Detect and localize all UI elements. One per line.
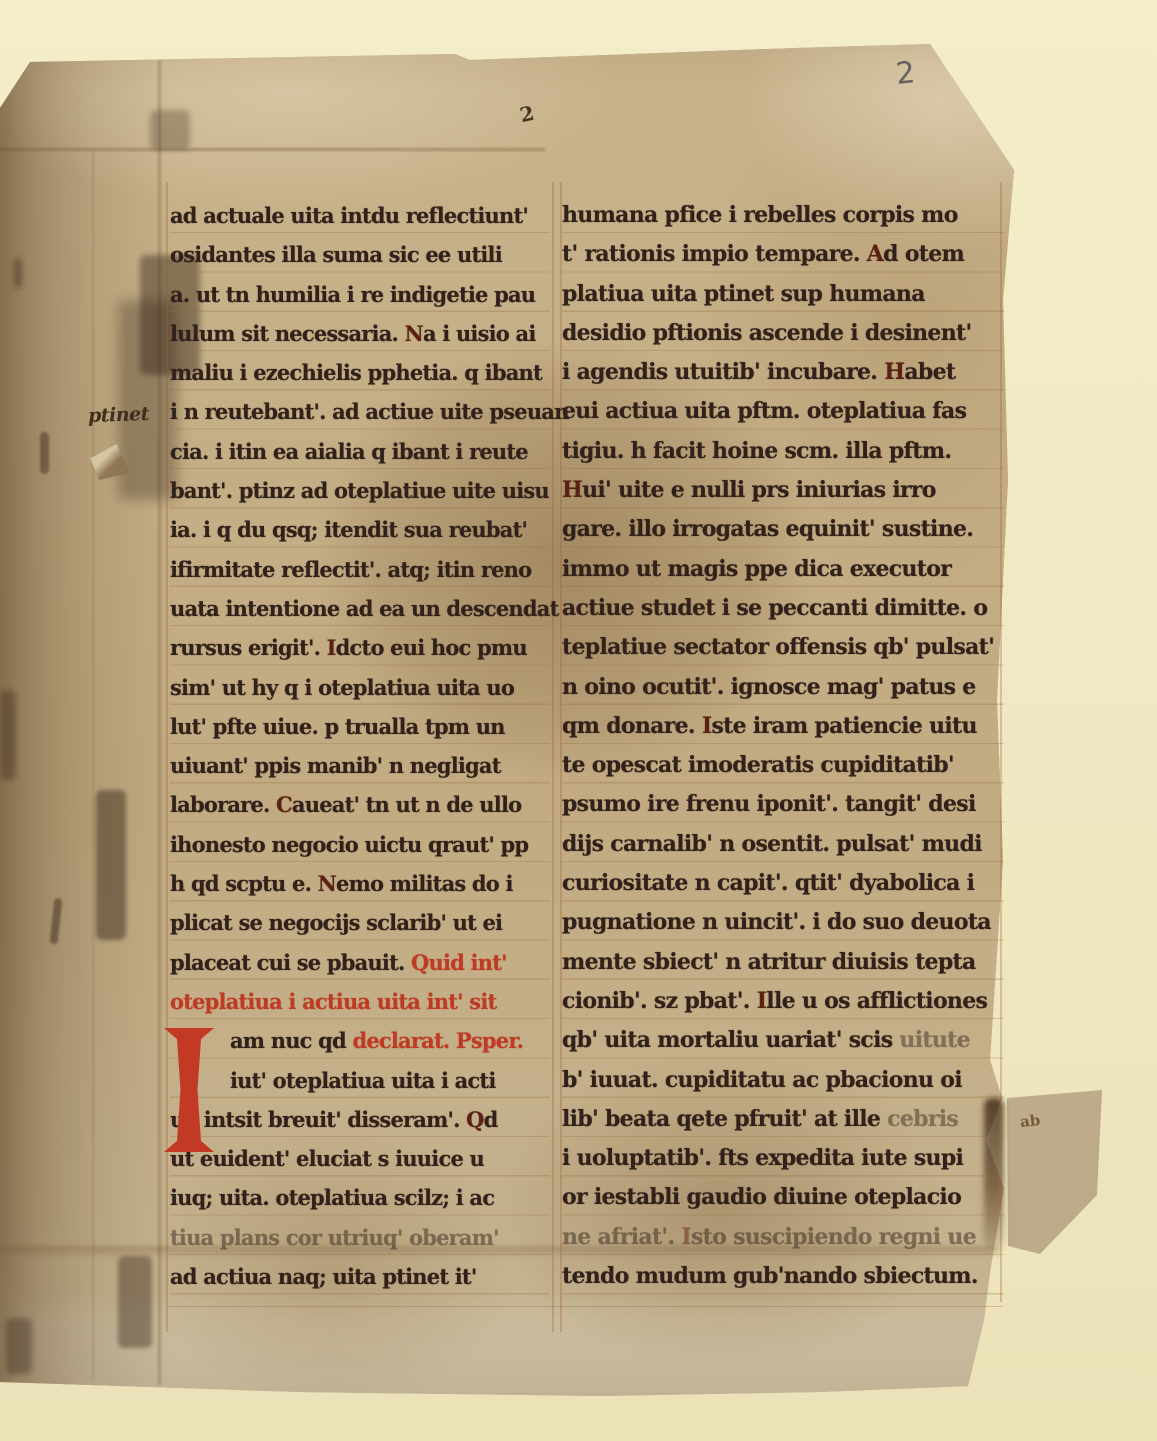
- ink-text: i n reutebant'. ad actiue uite pseuan: [170, 399, 569, 424]
- text-line: ihonesto negocio uictu qraut' pp: [170, 825, 550, 864]
- text-line: ad actuale uita intdu reflectiunt': [170, 196, 550, 235]
- margin-note-ab: ab: [1019, 1111, 1041, 1131]
- text-line: osidantes illa suma sic ee utili: [170, 235, 550, 274]
- ink-text: b' iuuat. cupiditatu ac pbacionu oi: [562, 1067, 962, 1093]
- ink-text: lle u os afflictiones: [766, 988, 987, 1014]
- text-line: ifirmitate reflectit'. atq; itin reno: [170, 550, 550, 589]
- ink-text: I: [757, 988, 767, 1014]
- text-line: qb' uita mortaliu uariat' scis uitute: [562, 1021, 1004, 1060]
- text-line: or iestabli gaudio diuine oteplacio: [562, 1178, 1004, 1217]
- ink-text: uitute: [899, 1027, 969, 1053]
- ink-stain: [150, 110, 190, 150]
- text-line: ia. i q du qsq; itendit sua reubat': [170, 510, 550, 549]
- ink-text: iut' oteplatiua uita i acti: [230, 1068, 496, 1093]
- ink-text: H: [562, 477, 582, 503]
- ink-stain: [6, 1318, 32, 1374]
- ink-text: lut' pfte uiue. p trualla tpm un: [170, 714, 505, 739]
- text-line: pugnatione n uincit'. i do suo deuota: [562, 903, 1004, 942]
- ink-text: ste iram patiencie uitu: [711, 713, 976, 739]
- ink-text: tigiu. h facit hoine scm. illa pftm.: [562, 438, 951, 464]
- text-line: cionib'. sz pbat'. Ille u os afflictione…: [562, 982, 1004, 1021]
- rubric-text: declarat. Psper.: [352, 1028, 523, 1053]
- ink-text: am nuc qd: [230, 1028, 352, 1053]
- ink-text: cebris: [887, 1106, 958, 1132]
- ink-text: qb' uita mortaliu uariat' scis: [562, 1027, 899, 1053]
- ink-text: Q: [466, 1107, 484, 1132]
- text-line: psumo ire frenu iponit'. tangit' desi: [562, 785, 1004, 824]
- ink-text: cionib'. sz pbat'.: [562, 988, 757, 1014]
- ink-text: iuq; uita. oteplatiua scilz; i ac: [170, 1185, 494, 1210]
- text-line: sim' ut hy q i oteplatiua uita uo: [170, 668, 550, 707]
- ink-text: I: [681, 1224, 691, 1250]
- ink-text: d: [484, 1107, 498, 1132]
- ink-text: bant'. ptinz ad oteplatiue uite uisu: [170, 478, 549, 503]
- text-line: ne afriat'. Isto suscipiendo regni ue: [562, 1218, 1004, 1257]
- ruling-line: [552, 182, 554, 1332]
- ink-text: pugnatione n uincit'. i do suo deuota: [562, 909, 991, 935]
- ink-text: emo militas do i: [336, 871, 513, 896]
- ink-text: dijs carnalib' n osentit. pulsat' mudi: [562, 831, 982, 857]
- text-line: uiuant' ppis manib' n negligat: [170, 746, 550, 785]
- text-line: desidio pftionis ascende i desinent': [562, 314, 1004, 353]
- ruling-line: [166, 182, 168, 1332]
- text-line: i agendis utuitib' incubare. Habet: [562, 353, 1004, 392]
- ink-text: osidantes illa suma sic ee utili: [170, 242, 502, 267]
- rubric-text: oteplatiua i actiua uita int' sit: [170, 989, 496, 1014]
- text-line: iuq; uita. oteplatiua scilz; i ac: [170, 1178, 550, 1217]
- ink-text: eui actiua uita pftm. oteplatiua fas: [562, 398, 966, 424]
- ink-text: aueat' tn ut n de ullo: [292, 792, 521, 817]
- ink-text: ua intsit breuit' disseram'.: [170, 1107, 466, 1132]
- ink-text: C: [276, 792, 292, 817]
- ink-text: rursus erigit'.: [170, 635, 327, 660]
- text-line: actiue studet i se peccanti dimitte. o: [562, 589, 1004, 628]
- text-line: h qd scptu e. Nemo militas do i: [170, 864, 550, 903]
- text-line: teplatiue sectator offensis qb' pulsat': [562, 628, 1004, 667]
- ink-text: mente sbiect' n atritur diuisis tepta: [562, 949, 976, 975]
- ink-text: humana pfice i rebelles corpis mo: [562, 202, 958, 228]
- ink-text: ad actuale uita intdu reflectiunt': [170, 203, 528, 228]
- text-line: iut' oteplatiua uita i acti: [170, 1061, 550, 1100]
- text-line: cia. i itin ea aialia q ibant i reute: [170, 432, 550, 471]
- ink-text: platiua uita ptinet sup humana: [562, 281, 925, 307]
- text-line: oteplatiua i actiua uita int' sit: [170, 982, 550, 1021]
- text-line: mente sbiect' n atritur diuisis tepta: [562, 943, 1004, 982]
- text-line: ua intsit breuit' disseram'. Qd: [170, 1100, 550, 1139]
- text-line: dijs carnalib' n osentit. pulsat' mudi: [562, 825, 1004, 864]
- ink-text: h qd scptu e.: [170, 871, 318, 896]
- ink-stain: [118, 1256, 152, 1348]
- text-line: gare. illo irrogatas equinit' sustine.: [562, 510, 1004, 549]
- ink-text: teplatiue sectator offensis qb' pulsat': [562, 634, 994, 660]
- text-line: am nuc qd declarat. Psper.: [170, 1021, 550, 1060]
- ink-text: gare. illo irrogatas equinit' sustine.: [562, 516, 973, 542]
- ink-text: curiositate n capit'. qtit' dyabolica i: [562, 870, 974, 896]
- ink-text: tendo mudum gub'nando sbiectum.: [562, 1263, 978, 1289]
- ink-text: I: [702, 713, 712, 739]
- ink-text: sto suscipiendo regni ue: [691, 1224, 976, 1250]
- text-line: lut' pfte uiue. p trualla tpm un: [170, 707, 550, 746]
- ink-text: I: [327, 635, 336, 660]
- margin-note-pertinet: ptinet: [88, 403, 150, 427]
- ink-text: a i uisio ai: [423, 321, 536, 346]
- text-line: plicat se negocijs sclarib' ut ei: [170, 903, 550, 942]
- text-line: immo ut magis ppe dica executor: [562, 550, 1004, 589]
- parchment-slit: [40, 432, 49, 474]
- ink-text: a. ut tn humilia i re indigetie pau: [170, 282, 535, 307]
- text-line: ad actiua naq; uita ptinet it': [170, 1257, 550, 1296]
- ink-text: i agendis utuitib' incubare.: [562, 359, 884, 385]
- ink-text: laborare.: [170, 792, 276, 817]
- ink-text: qm donare.: [562, 713, 702, 739]
- manuscript-photo: { "photo": { "folio_number": "2", "quire…: [0, 0, 1157, 1441]
- text-line: lib' beata qete pfruit' at ille cebris: [562, 1100, 1004, 1139]
- ink-text: or iestabli gaudio diuine oteplacio: [562, 1184, 961, 1210]
- text-line: tigiu. h facit hoine scm. illa pftm.: [562, 432, 1004, 471]
- text-line: b' iuuat. cupiditatu ac pbacionu oi: [562, 1061, 1004, 1100]
- text-line: ut euident' eluciat s iuuice u: [170, 1139, 550, 1178]
- rubric-text: Quid int': [411, 950, 507, 975]
- ink-text: placeat cui se pbauit.: [170, 950, 411, 975]
- text-line: qm donare. Iste iram patiencie uitu: [562, 707, 1004, 746]
- text-line: laborare. Caueat' tn ut n de ullo: [170, 785, 550, 824]
- folio-number: 2: [894, 55, 917, 92]
- ink-text: N: [405, 321, 423, 346]
- fold-crease-top: [0, 148, 545, 151]
- text-line: humana pfice i rebelles corpis mo: [562, 196, 1004, 235]
- ink-text: lulum sit necessaria.: [170, 321, 405, 346]
- ink-text: n oino ocutit'. ignosce mag' patus e: [562, 674, 976, 700]
- text-line: i uoluptatib'. fts expedita iute supi: [562, 1139, 1004, 1178]
- ink-text: H: [884, 359, 904, 385]
- ink-text: abet: [904, 359, 955, 385]
- ink-text: te opescat imoderatis cupiditatib': [562, 752, 954, 778]
- text-line: lulum sit necessaria. Na i uisio ai: [170, 314, 550, 353]
- ink-text: desidio pftionis ascende i desinent': [562, 320, 972, 346]
- ink-text: psumo ire frenu iponit'. tangit' desi: [562, 791, 976, 817]
- text-line: tiua plans cor utriuq' oberam': [170, 1218, 550, 1257]
- ink-text: cia. i itin ea aialia q ibant i reute: [170, 439, 528, 464]
- ink-text: ihonesto negocio uictu qraut' pp: [170, 832, 528, 857]
- ink-text: plicat se negocijs sclarib' ut ei: [170, 910, 502, 935]
- text-line: i n reutebant'. ad actiue uite pseuan: [170, 392, 550, 431]
- ink-text: ui' uite e nulli prs iniurias irro: [582, 477, 936, 503]
- ink-text: ad actiua naq; uita ptinet it': [170, 1264, 476, 1289]
- ink-text: A: [867, 241, 883, 267]
- ink-stain: [96, 790, 126, 940]
- ink-text: uata intentione ad ea un descendat: [170, 596, 559, 621]
- ink-text: uiuant' ppis manib' n negligat: [170, 753, 501, 778]
- text-line: t' rationis impio tempare. Ad otem: [562, 235, 1004, 274]
- ink-text: maliu i ezechielis pphetia. q ibant: [170, 360, 542, 385]
- ink-stain: [0, 690, 16, 780]
- parchment-slit: [14, 258, 22, 288]
- ink-text: t' rationis impio tempare.: [562, 241, 867, 267]
- text-line: maliu i ezechielis pphetia. q ibant: [170, 353, 550, 392]
- ruling-line: [168, 1306, 1003, 1307]
- ink-text: sim' ut hy q i oteplatiua uita uo: [170, 675, 514, 700]
- text-line: n oino ocutit'. ignosce mag' patus e: [562, 668, 1004, 707]
- ink-text: immo ut magis ppe dica executor: [562, 556, 951, 582]
- text-line: eui actiua uita pftm. oteplatiua fas: [562, 392, 1004, 431]
- text-line: bant'. ptinz ad oteplatiue uite uisu: [170, 471, 550, 510]
- text-line: placeat cui se pbauit. Quid int': [170, 943, 550, 982]
- text-line: curiositate n capit'. qtit' dyabolica i: [562, 864, 1004, 903]
- ink-text: dcto eui hoc pmu: [336, 635, 527, 660]
- ink-text: tiua plans cor utriuq' oberam': [170, 1225, 499, 1250]
- ink-text: lib' beata qete pfruit' at ille: [562, 1106, 887, 1132]
- text-column-right: humana pfice i rebelles corpis mot' rati…: [562, 196, 1004, 1297]
- text-line: uata intentione ad ea un descendat: [170, 589, 550, 628]
- ink-text: actiue studet i se peccanti dimitte. o: [562, 595, 987, 621]
- ink-text: i uoluptatib'. fts expedita iute supi: [562, 1145, 963, 1171]
- ink-text: ifirmitate reflectit'. atq; itin reno: [170, 557, 531, 582]
- ink-text: N: [318, 871, 336, 896]
- text-line: a. ut tn humilia i re indigetie pau: [170, 275, 550, 314]
- ink-text: ia. i q du qsq; itendit sua reubat': [170, 517, 527, 542]
- ink-text: d otem: [883, 241, 964, 267]
- text-line: tendo mudum gub'nando sbiectum.: [562, 1257, 1004, 1296]
- text-line: platiua uita ptinet sup humana: [562, 275, 1004, 314]
- text-line: rursus erigit'. Idcto eui hoc pmu: [170, 628, 550, 667]
- ink-text: ut euident' eluciat s iuuice u: [170, 1146, 484, 1171]
- text-line: te opescat imoderatis cupiditatib': [562, 746, 1004, 785]
- text-line: Hui' uite e nulli prs iniurias irro: [562, 471, 1004, 510]
- binding-fold-inner: [92, 150, 94, 1380]
- text-column-left: ad actuale uita intdu reflectiunt'osidan…: [170, 196, 550, 1297]
- ink-text: ne afriat'.: [562, 1224, 681, 1250]
